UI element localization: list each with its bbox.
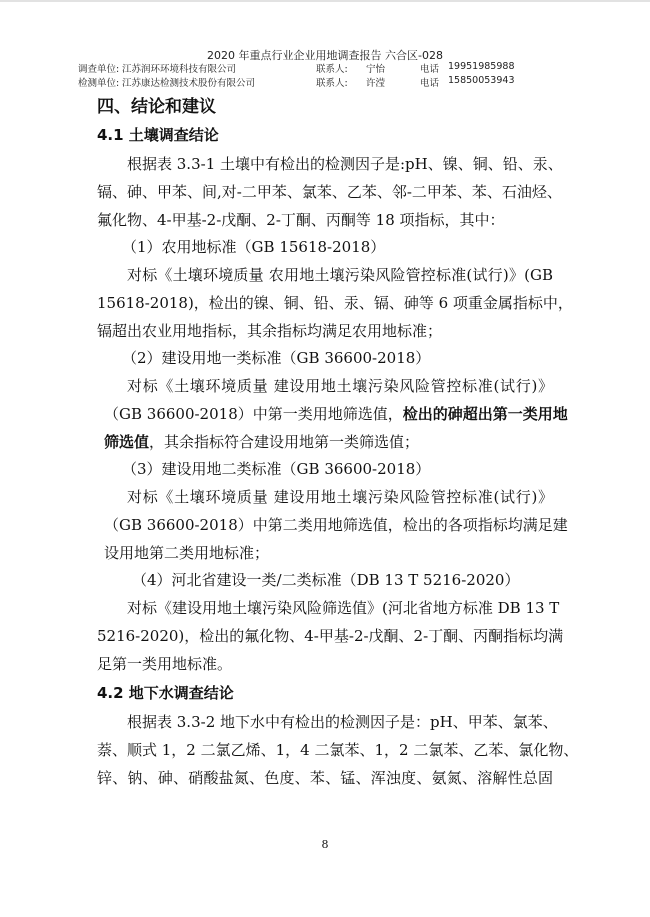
paragraph-text: （GB 36600-2018）中第一类用地筛选值，: [104, 405, 403, 423]
standard-item-1: （1）农用地标准（GB 15618-2018）: [122, 237, 578, 257]
paragraph-line: 氟化物、4-甲基-2-戊酮、2-丁酮、丙酮等 18 项指标，其中：: [97, 210, 553, 230]
testing-contact-label: 联系人:: [316, 75, 348, 89]
survey-unit-label: 调查单位:: [78, 61, 119, 75]
paragraph-line: 镉、砷、甲苯、间,对-二甲苯、氯苯、乙苯、邻-二甲苯、苯、石油烃、: [97, 182, 553, 202]
paragraph-line: 镉超出农业用地指标，其余指标均满足农用地标准；: [97, 321, 553, 341]
paragraph-line: 足第一类用地标准。: [97, 654, 553, 674]
survey-unit: 江苏润环环境科技有限公司: [122, 61, 236, 75]
paragraph-text: ，其余指标符合建设用地第一类筛选值；: [149, 433, 419, 451]
paragraph-line: 根据表 3.3-2 地下水中有检出的检测因子是：pH、甲苯、氯苯、: [127, 712, 553, 732]
testing-phone-label: 电话: [420, 75, 439, 89]
emphasis-text: 检出的砷超出第一类用地: [403, 405, 568, 423]
paragraph-line: 对标《土壤环境质量 农用地土壤污染风险管控标准(试行)》(GB: [127, 265, 553, 285]
survey-contact: 宁怡: [366, 61, 385, 75]
paragraph-line: 锌、钠、砷、硝酸盐氮、色度、苯、锰、浑浊度、氨氮、溶解性总固: [97, 768, 553, 788]
paragraph-line: （GB 36600-2018）中第二类用地筛选值，检出的各项指标均满足建: [104, 515, 553, 535]
survey-phone: 19951985988: [448, 61, 515, 72]
subsection-title-groundwater: 4.2 地下水调查结论: [97, 682, 234, 703]
paragraph-line: 5216-2020)，检出的氟化物、4-甲基-2-戊酮、2-丁酮、丙酮指标均满: [97, 626, 553, 646]
testing-unit-label: 检测单位:: [78, 75, 119, 89]
paragraph-line-with-emphasis: 筛选值，其余指标符合建设用地第一类筛选值；: [104, 432, 560, 452]
standard-item-2: （2）建设用地一类标准（GB 36600-2018）: [122, 348, 578, 368]
standard-item-4: （4）河北省建设一类/二类标准（DB 13 T 5216-2020）: [132, 570, 588, 590]
section-title: 四、结论和建议: [97, 92, 216, 117]
paragraph-line: 设用地第二类用地标准；: [104, 543, 560, 563]
testing-contact: 许滢: [366, 75, 385, 89]
paragraph-line: 对标《建设用地土壤污染风险筛选值》(河北省地方标准 DB 13 T: [127, 598, 553, 618]
survey-contact-label: 联系人:: [316, 61, 348, 75]
emphasis-text: 筛选值: [104, 433, 149, 451]
testing-unit: 江苏康达检测技术股份有限公司: [122, 75, 255, 89]
paragraph-line-with-emphasis: （GB 36600-2018）中第一类用地筛选值，检出的砷超出第一类用地: [104, 404, 554, 424]
paragraph-line: 15618-2018)，检出的镍、铜、铅、汞、镉、砷等 6 项重金属指标中，: [97, 293, 553, 313]
paragraph-line: 根据表 3.3-1 土壤中有检出的检测因子是:pH、镍、铜、铅、汞、: [127, 154, 553, 174]
top-border: [0, 0, 650, 2]
paragraph-line: 对标《土壤环境质量 建设用地土壤污染风险管控标准(试行)》: [127, 487, 553, 507]
paragraph-line: 萘、顺式 1，2 二氯乙烯、1，4 二氯苯、1，2 二氯苯、乙苯、氯化物、: [97, 740, 553, 760]
standard-item-3: （3）建设用地二类标准（GB 36600-2018）: [122, 459, 578, 479]
testing-phone: 15850053943: [448, 75, 515, 86]
survey-phone-label: 电话: [420, 61, 439, 75]
subsection-title-soil: 4.1 土壤调查结论: [97, 124, 219, 145]
paragraph-line: 对标《土壤环境质量 建设用地土壤污染风险管控标准(试行)》: [127, 376, 553, 396]
page-number: 8: [0, 838, 650, 851]
